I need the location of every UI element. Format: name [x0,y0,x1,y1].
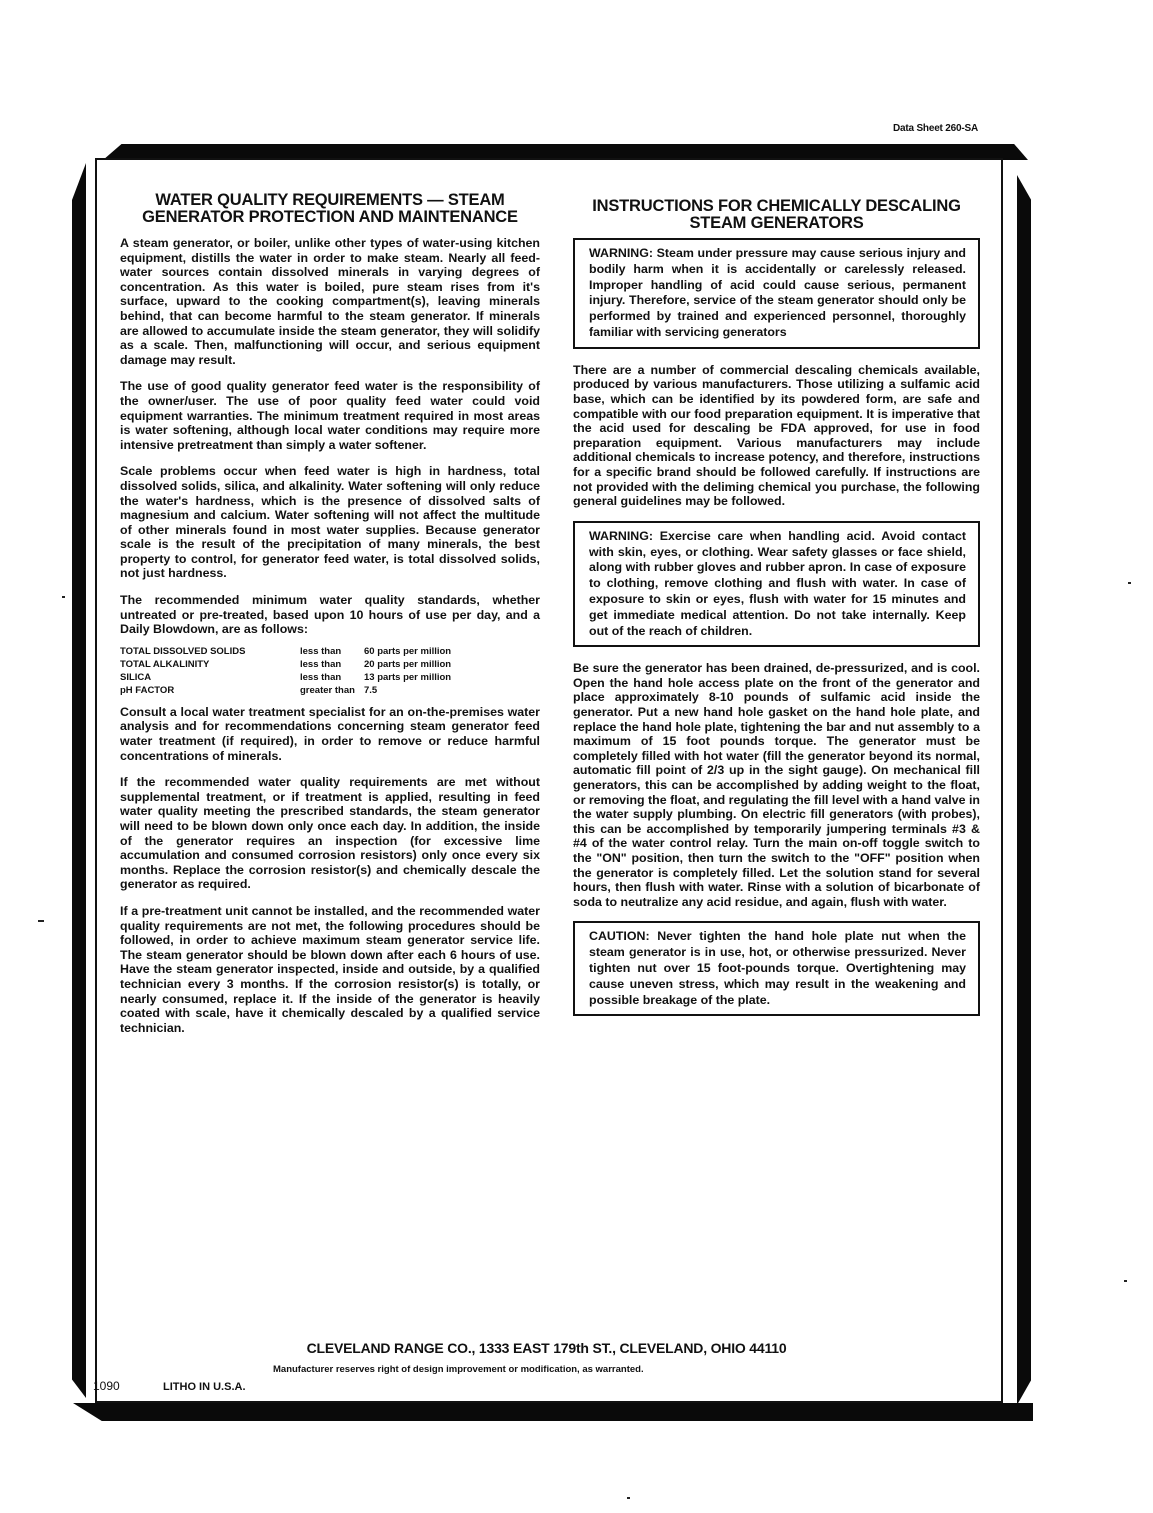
scan-speck [62,596,65,598]
border-bar-bottom [73,1403,1033,1421]
standard-property: TOTAL DISSOLVED SOLIDS [120,645,300,658]
paragraph: Be sure the generator has been drained, … [573,661,980,909]
water-standards-table: TOTAL DISSOLVED SOLIDS less than 60 part… [120,645,540,697]
standard-comparator: less than [300,671,364,684]
paragraph: If the recommended water quality require… [120,775,540,892]
standard-comparator: less than [300,658,364,671]
descaling-heading: INSTRUCTIONS FOR CHEMICALLY DESCALING ST… [573,198,980,232]
standard-property: TOTAL ALKALINITY [120,658,300,671]
disclaimer: Manufacturer reserves right of design im… [273,1364,644,1375]
water-quality-heading: WATER QUALITY REQUIREMENTS — STEAM GENER… [120,192,540,226]
left-column: WATER QUALITY REQUIREMENTS — STEAM GENER… [120,192,540,1047]
scan-speck [1124,1280,1127,1282]
paragraph: Scale problems occur when feed water is … [120,464,540,581]
company-address-text: CLEVELAND RANGE CO., 1333 EAST 179th ST.… [307,1340,787,1356]
border-bar-right [1017,175,1031,1405]
right-column: INSTRUCTIONS FOR CHEMICALLY DESCALING ST… [573,198,980,1030]
datasheet-label: Data Sheet 260-SA [893,123,978,134]
standard-comparator: greater than [300,684,364,697]
litho-label: LITHO IN U.S.A. [163,1381,246,1393]
standard-property: SILICA [120,671,300,684]
standard-value: 20 parts per million [364,658,540,671]
company-address: CLEVELAND RANGE CO., 1333 EAST 179th ST.… [0,1340,1153,1356]
warning-box-steam: WARNING: Steam under pressure may cause … [573,238,980,349]
paragraph: The recommended minimum water quality st… [120,593,540,637]
caution-box: CAUTION: Never tighten the hand hole pla… [573,921,980,1016]
paragraph: If a pre-treatment unit cannot be instal… [120,904,540,1035]
paragraph: A steam generator, or boiler, unlike oth… [120,236,540,367]
form-code: 1090 [93,1379,120,1393]
standard-value: 7.5 [364,684,540,697]
scan-speck [1128,582,1131,584]
scan-speck [627,1497,630,1499]
paragraph: There are a number of commercial descali… [573,363,980,509]
standard-value: 60 parts per million [364,645,540,658]
standard-comparator: less than [300,645,364,658]
border-bar-left [72,163,86,1398]
standard-property: pH FACTOR [120,684,300,697]
scan-speck [38,920,44,922]
warning-box-acid: WARNING: Exercise care when handling aci… [573,521,980,648]
standard-value: 13 parts per million [364,671,540,684]
paragraph: Consult a local water treatment speciali… [120,705,540,763]
paragraph: The use of good quality generator feed w… [120,379,540,452]
